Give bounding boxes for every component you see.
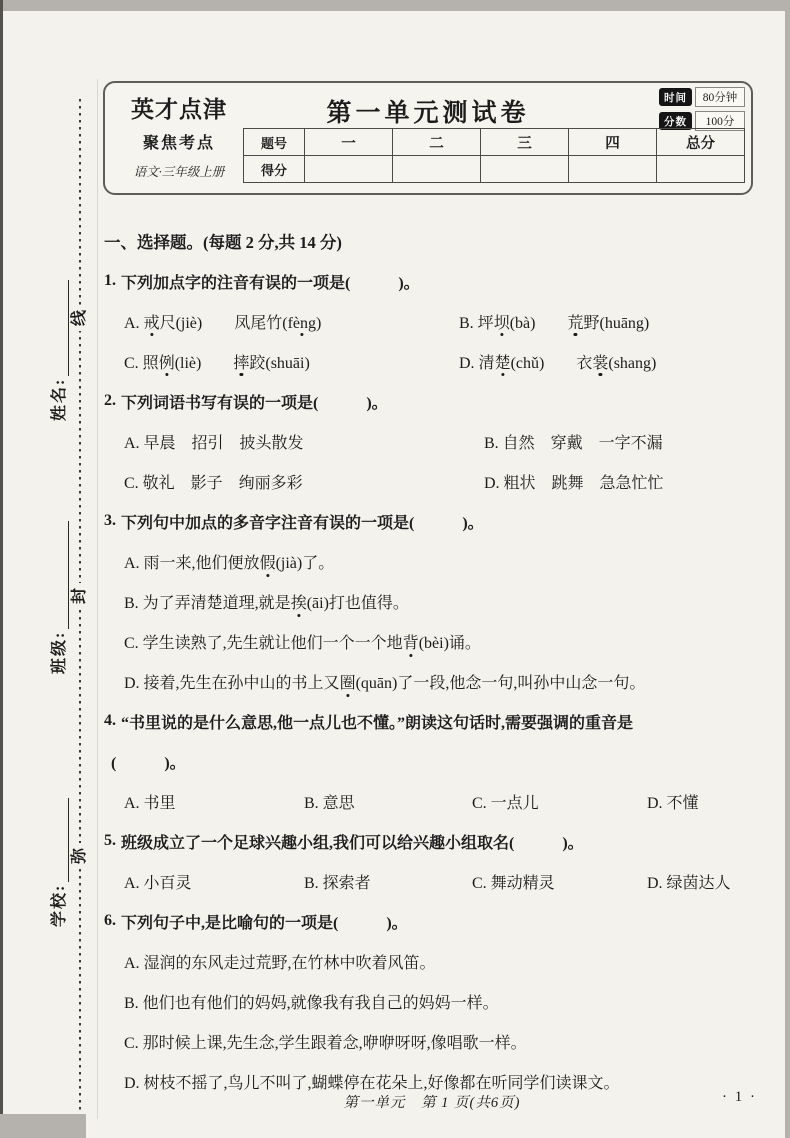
margin-field-label: 学校: — [46, 884, 69, 927]
option-item: B. 为了弄清楚道理,就是挨(āi)打也值得。 — [104, 581, 760, 621]
badge-value: 80分钟 — [695, 87, 745, 107]
seal-character: 线 — [67, 305, 93, 331]
margin-field-blank-line — [68, 280, 69, 376]
question-number: 5. — [104, 832, 116, 850]
question-number: 6. — [104, 912, 116, 930]
question-3: 3.下列句中加点的多音字注音有误的一项是( )。A. 雨一来,他们便放假(jià… — [104, 501, 760, 701]
options-list: A. 小百灵B. 探索者C. 舞动精灵D. 绿茵达人 — [104, 861, 760, 901]
option-row: C. 敬礼 影子 绚丽多彩D. 粗状 跳舞 急急忙忙 — [104, 461, 760, 501]
score-table-label-cell: 题号 — [244, 129, 305, 156]
option-row: A. 书里B. 意思C. 一点儿D. 不懂 — [104, 781, 760, 821]
question-stem: ( )。 — [104, 741, 760, 781]
question-stem: 2.下列词语书写有误的一项是( )。 — [104, 381, 760, 421]
question-number: 2. — [104, 392, 116, 410]
stem-text: 下列加点字的注音有误的一项是( )。 — [121, 270, 420, 293]
score-cell-empty — [393, 156, 481, 183]
section-heading: 一、选择题。(每题 2 分,共 14 分) — [104, 221, 760, 261]
header-box: 英才点津 聚焦考点 语文·三年级上册 第一单元测试卷 时间80分钟分数100分 … — [103, 81, 753, 195]
option-item: A. 小百灵 — [124, 870, 304, 893]
footer-text: 第一单元 第 1 页(共6页) — [104, 1091, 760, 1112]
option-item: B. 探索者 — [304, 870, 472, 893]
stem-text: 班级成立了一个足球兴趣小组,我们可以给兴趣小组取名( )。 — [121, 830, 584, 853]
option-item: A. 雨一来,他们便放假(jià)了。 — [104, 541, 760, 581]
question-1: 1.下列加点字的注音有误的一项是( )。A. 戒尺(jiè) 凤尾竹(fèng)… — [104, 261, 760, 381]
brand-edition: 语文·三年级上册 — [113, 162, 245, 180]
margin-field-0: 姓名: — [43, 251, 69, 421]
question-2: 2.下列词语书写有误的一项是( )。A. 早晨 招引 披头散发B. 自然 穿戴 … — [104, 381, 760, 501]
score-cell-empty — [569, 156, 657, 183]
badge-label: 时间 — [659, 88, 692, 106]
option-item: D. 清楚(chǔ) 衣裳(shang) — [459, 350, 656, 373]
stem-text: ( )。 — [111, 750, 186, 773]
question-number: 3. — [104, 512, 116, 530]
margin-field-label: 班级: — [46, 631, 69, 674]
option-row: A. 戒尺(jiè) 凤尾竹(fèng)B. 坪坝(bà) 荒野(huāng) — [104, 301, 760, 341]
question-number: 1. — [104, 272, 116, 290]
stem-text: 下列词语书写有误的一项是( )。 — [121, 390, 388, 413]
time-badge: 时间80分钟 — [659, 87, 745, 107]
options-list: A. 雨一来,他们便放假(jià)了。B. 为了弄清楚道理,就是挨(āi)打也值… — [104, 541, 760, 701]
option-item: B. 坪坝(bà) 荒野(huāng) — [459, 310, 649, 333]
option-item: A. 早晨 招引 披头散发 — [124, 430, 484, 453]
option-item: C. 一点儿 — [472, 790, 647, 813]
score-cell-empty — [657, 156, 745, 183]
option-row: A. 早晨 招引 披头散发B. 自然 穿戴 一字不漏 — [104, 421, 760, 461]
options-list: A. 早晨 招引 披头散发B. 自然 穿戴 一字不漏C. 敬礼 影子 绚丽多彩D… — [104, 421, 760, 501]
option-item: C. 学生读熟了,先生就让他们一个一个地背(bèi)诵。 — [104, 621, 760, 661]
page-number: · 1 · — [722, 1089, 757, 1106]
margin-field-2: 学校: — [43, 755, 69, 927]
question-stem: 5.班级成立了一个足球兴趣小组,我们可以给兴趣小组取名( )。 — [104, 821, 760, 861]
stem-text: 下列句子中,是比喻句的一项是( )。 — [121, 910, 408, 933]
brand-slogan: 聚焦考点 — [113, 130, 245, 153]
score-table-header-cell: 总分 — [657, 129, 745, 156]
stem-text: “书里说的是什么意思,他一点儿也不懂。”朗读这句话时,需要强调的重音是 — [121, 710, 633, 733]
seal-character: 弥 — [67, 843, 93, 869]
margin-field-blank-line — [68, 798, 69, 882]
score-row-label: 得分 — [244, 156, 305, 183]
scan-edge-corner — [0, 1114, 86, 1138]
exam-title: 第一单元测试卷 — [105, 93, 751, 129]
option-item: A. 湿润的东风走过荒野,在竹林中吹着风笛。 — [104, 941, 760, 981]
score-cell-empty — [305, 156, 393, 183]
score-table-header-cell: 二 — [393, 129, 481, 156]
paper-page: 线封弥 姓名:班级:学校: 英才点津 聚焦考点 语文·三年级上册 第一单元测试卷… — [3, 11, 785, 1138]
option-item: A. 戒尺(jiè) 凤尾竹(fèng) — [124, 310, 459, 333]
option-item: A. 书里 — [124, 790, 304, 813]
option-item: B. 自然 穿戴 一字不漏 — [484, 430, 663, 453]
option-row: C. 照例(liè) 摔跤(shuāi)D. 清楚(chǔ) 衣裳(shang) — [104, 341, 760, 381]
scan-edge-left — [0, 0, 3, 1138]
stem-text: 下列句中加点的多音字注音有误的一项是( )。 — [121, 510, 484, 533]
score-table-header-cell: 三 — [481, 129, 569, 156]
score-table: 题号一二三四总分得分 — [243, 128, 745, 183]
option-item: C. 那时候上课,先生念,学生跟着念,咿咿呀呀,像唱歌一样。 — [104, 1021, 760, 1061]
question-5: 5.班级成立了一个足球兴趣小组,我们可以给兴趣小组取名( )。A. 小百灵B. … — [104, 821, 760, 901]
option-row: A. 小百灵B. 探索者C. 舞动精灵D. 绿茵达人 — [104, 861, 760, 901]
question-stem: 4.“书里说的是什么意思,他一点儿也不懂。”朗读这句话时,需要强调的重音是 — [104, 701, 760, 741]
margin-field-label: 姓名: — [46, 378, 69, 421]
options-list: A. 湿润的东风走过荒野,在竹林中吹着风笛。B. 他们也有他们的妈妈,就像我有我… — [104, 941, 760, 1101]
question-6: 6.下列句子中,是比喻句的一项是( )。A. 湿润的东风走过荒野,在竹林中吹着风… — [104, 901, 760, 1101]
option-item: B. 意思 — [304, 790, 472, 813]
margin-field-1: 班级: — [43, 492, 69, 674]
option-item: D. 绿茵达人 — [647, 870, 731, 893]
question-area: 一、选择题。(每题 2 分,共 14 分) 1.下列加点字的注音有误的一项是( … — [104, 221, 760, 1101]
question-stem: 6.下列句子中,是比喻句的一项是( )。 — [104, 901, 760, 941]
option-item: D. 不懂 — [647, 790, 699, 813]
score-cell-empty — [481, 156, 569, 183]
option-item: C. 照例(liè) 摔跤(shuāi) — [124, 350, 459, 373]
options-list: A. 戒尺(jiè) 凤尾竹(fèng)B. 坪坝(bà) 荒野(huāng)C… — [104, 301, 760, 381]
seal-character: 封 — [67, 583, 93, 609]
option-item: C. 敬礼 影子 绚丽多彩 — [124, 470, 484, 493]
question-stem: 3.下列句中加点的多音字注音有误的一项是( )。 — [104, 501, 760, 541]
options-list: A. 书里B. 意思C. 一点儿D. 不懂 — [104, 781, 760, 821]
question-number: 4. — [104, 712, 116, 730]
option-item: D. 粗状 跳舞 急急忙忙 — [484, 470, 664, 493]
page-fold-line — [97, 79, 98, 1119]
option-item: D. 接着,先生在孙中山的书上又圈(quān)了一段,他念一句,叫孙中山念一句。 — [104, 661, 760, 701]
question-stem: 1.下列加点字的注音有误的一项是( )。 — [104, 261, 760, 301]
margin-field-blank-line — [68, 521, 69, 629]
option-item: B. 他们也有他们的妈妈,就像我有我自己的妈妈一样。 — [104, 981, 760, 1021]
score-table-header-cell: 一 — [305, 129, 393, 156]
score-table-header-cell: 四 — [569, 129, 657, 156]
option-item: C. 舞动精灵 — [472, 870, 647, 893]
question-4: 4.“书里说的是什么意思,他一点儿也不懂。”朗读这句话时,需要强调的重音是( )… — [104, 701, 760, 821]
